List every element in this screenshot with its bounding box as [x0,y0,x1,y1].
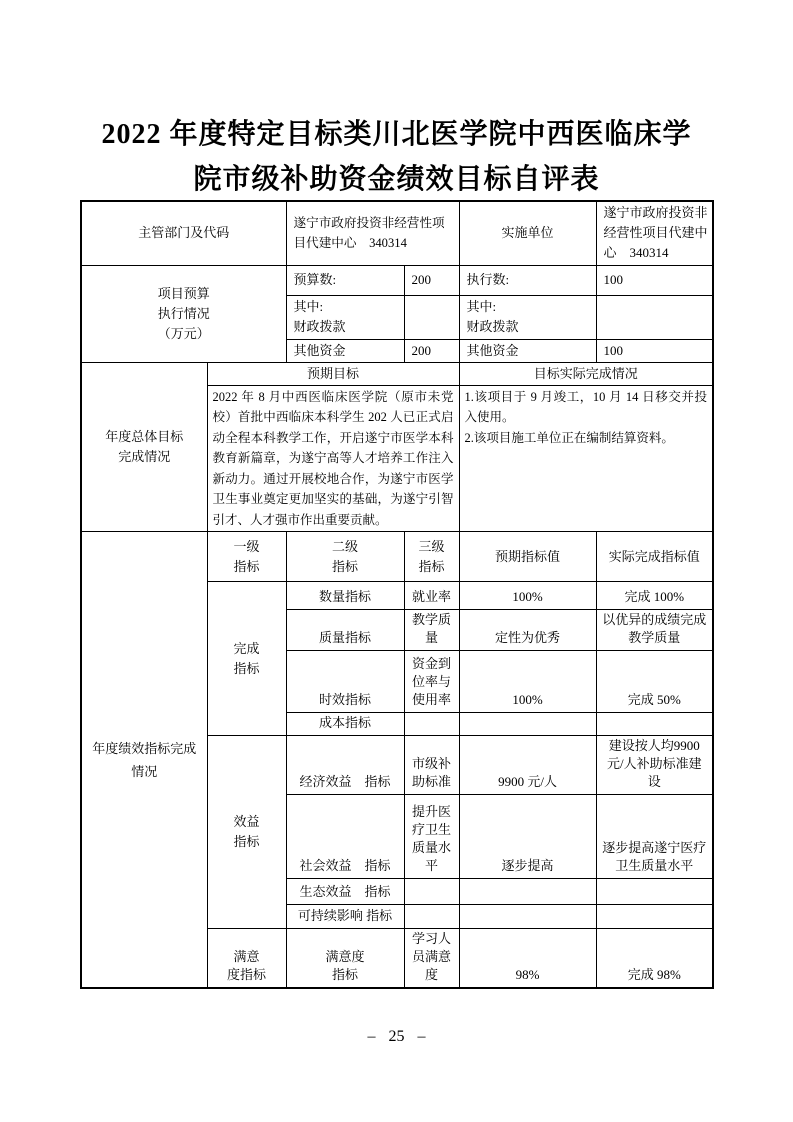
expected-value-cell [459,879,596,905]
level3-header-cell: 三级 指标 [404,532,459,582]
level3-indicator-cell [404,905,459,929]
title-line-2: 院市级补助资金绩效目标自评表 [40,157,753,202]
dept-value-cell: 遂宁市政府投资非经营性项目代建中心 340314 [286,201,459,265]
actual-value-cell: 以优异的成绩完成教学质量 [596,610,713,651]
expected-value-cell: 100% [459,651,596,713]
execution-row-label-cell: 其中: 财政拨款 [459,295,596,339]
level2-indicator-cell: 经济效益 指标 [286,736,404,795]
level2-indicator-cell: 可持续影响 指标 [286,905,404,929]
level2-indicator-cell: 社会效益 指标 [286,795,404,879]
actual-goal-header-cell: 目标实际完成情况 [459,362,713,385]
actual-value-cell: 逐步提高遂宁医疗卫生质量水平 [596,795,713,879]
level3-indicator-cell: 提升医疗卫生质量水平 [404,795,459,879]
expected-value-cell: 98% [459,929,596,989]
level2-header-cell: 二级 指标 [286,532,404,582]
performance-self-evaluation-table: 主管部门及代码 遂宁市政府投资非经营性项目代建中心 340314 实施单位 遂宁… [80,200,714,989]
level3-indicator-cell: 市级补助标准 [404,736,459,795]
level2-indicator-cell: 数量指标 [286,582,404,610]
level2-indicator-cell: 生态效益 指标 [286,879,404,905]
budget-row-label-cell: 其中: 财政拨款 [286,295,404,339]
level3-indicator-cell: 资金到位率与使用率 [404,651,459,713]
budget-value-cell: 200 [404,265,459,295]
budget-row-label-cell: 其他资金 [286,339,404,362]
expected-value-cell: 定性为优秀 [459,610,596,651]
level2-indicator-cell: 成本指标 [286,713,404,736]
expected-value-cell: 逐步提高 [459,795,596,879]
impl-unit-label-cell: 实施单位 [459,201,596,265]
budget-value-cell [404,295,459,339]
table-row: 主管部门及代码 遂宁市政府投资非经营性项目代建中心 340314 实施单位 遂宁… [81,201,713,265]
title-line-1: 2022 年度特定目标类川北医学院中西医临床学 [40,112,753,157]
level3-indicator-cell: 学习人员满意度 [404,929,459,989]
indicator-section-label-cell: 年度绩效指标完成情况 [81,532,207,989]
actual-value-header-cell: 实际完成指标值 [596,532,713,582]
actual-value-cell: 建设按人均9900元/人补助标准建设 [596,736,713,795]
level1-header-cell: 一级 指标 [207,532,286,582]
actual-value-cell: 完成 98% [596,929,713,989]
expected-value-cell [459,713,596,736]
level2-indicator-cell: 满意度 指标 [286,929,404,989]
level3-indicator-cell [404,879,459,905]
table-row: 项目预算 执行情况 （万元） 预算数: 200 执行数: 100 [81,265,713,295]
execution-value-cell [596,295,713,339]
table-row: 年度总体目标 完成情况 预期目标 目标实际完成情况 [81,362,713,385]
expected-value-cell [459,905,596,929]
impl-unit-value-cell: 遂宁市政府投资非经营性项目代建中心 340314 [596,201,713,265]
actual-value-cell: 完成 100% [596,582,713,610]
dept-label-cell: 主管部门及代码 [81,201,286,265]
budget-row-label-cell: 预算数: [286,265,404,295]
expected-value-header-cell: 预期指标值 [459,532,596,582]
execution-row-label-cell: 其他资金 [459,339,596,362]
page-number: – 25 – [0,1028,793,1046]
document-title: 2022 年度特定目标类川北医学院中西医临床学 院市级补助资金绩效目标自评表 [40,112,753,202]
expected-goal-header-cell: 预期目标 [207,362,459,385]
budget-value-cell: 200 [404,339,459,362]
level3-indicator-cell [404,713,459,736]
level1-indicator-cell: 完成 指标 [207,582,286,736]
actual-value-cell: 完成 50% [596,651,713,713]
overall-goal-label-cell: 年度总体目标 完成情况 [81,362,207,532]
level1-indicator-cell: 满意 度指标 [207,929,286,989]
actual-value-cell [596,905,713,929]
document-page: 2022 年度特定目标类川北医学院中西医临床学 院市级补助资金绩效目标自评表 主… [0,0,793,1122]
actual-value-cell [596,713,713,736]
level3-indicator-cell: 就业率 [404,582,459,610]
table-row: 年度绩效指标完成情况 一级 指标 二级 指标 三级 指标 预期指标值 实际完成指… [81,532,713,582]
expected-value-cell: 100% [459,582,596,610]
level2-indicator-cell: 质量指标 [286,610,404,651]
expected-value-cell: 9900 元/人 [459,736,596,795]
level1-indicator-cell: 效益 指标 [207,736,286,929]
level2-indicator-cell: 时效指标 [286,651,404,713]
budget-section-label-cell: 项目预算 执行情况 （万元） [81,265,286,362]
execution-value-cell: 100 [596,265,713,295]
expected-goal-text-cell: 2022 年 8 月中西医临床医学院（原市未党校）首批中西临床本科学生 202 … [207,385,459,532]
execution-row-label-cell: 执行数: [459,265,596,295]
execution-value-cell: 100 [596,339,713,362]
actual-value-cell [596,879,713,905]
level3-indicator-cell: 教学质量 [404,610,459,651]
actual-goal-text-cell: 1.该项目于 9 月竣工，10 月 14 日移交并投入使用。 2.该项目施工单位… [459,385,713,532]
